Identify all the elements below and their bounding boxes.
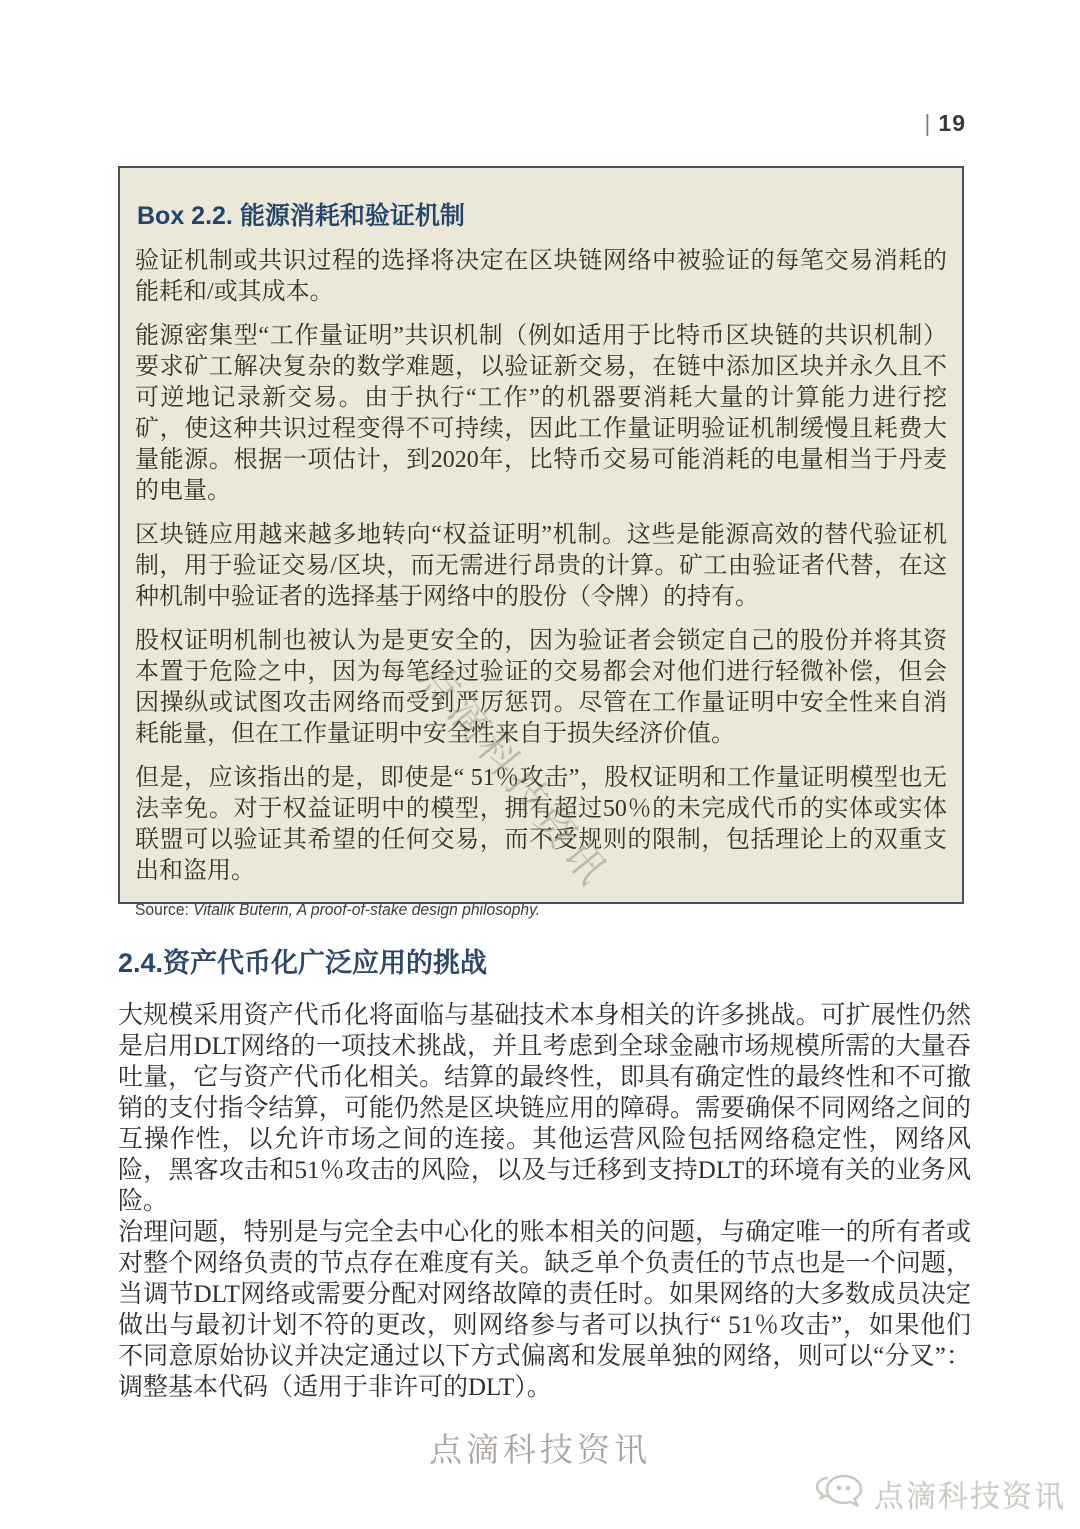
section-heading: 2.4.资产代币化广泛应用的挑战 bbox=[118, 941, 487, 980]
source-label: Source: bbox=[135, 900, 193, 919]
document-page: |19 Box 2.2. 能源消耗和验证机制 验证机制或共识过程的选择将决定在区… bbox=[0, 0, 1080, 1529]
section-paragraph: 治理问题，特别是与完全去中心化的账本相关的问题，与确定唯一的所有者或对整个网络负… bbox=[118, 1217, 971, 1403]
box-paragraph: 验证机制或共识过程的选择将决定在区块链网络中被验证的每笔交易消耗的能耗和/或其成… bbox=[135, 246, 947, 308]
box-paragraph: 股权证明机制也被认为是更安全的，因为验证者会锁定自己的股份并将其资本置于危险之中… bbox=[135, 626, 947, 750]
box-2-2: Box 2.2. 能源消耗和验证机制 验证机制或共识过程的选择将决定在区块链网络… bbox=[118, 166, 964, 904]
source-citation: Vitalik Buterin, A proof-of-stake design… bbox=[193, 900, 540, 919]
section-paragraph: 大规模采用资产代币化将面临与基础技术本身相关的许多挑战。可扩展性仍然是启用DLT… bbox=[118, 1000, 971, 1217]
footer-center-watermark: 点滴科技资讯 bbox=[0, 1424, 1080, 1471]
page-number-divider: | bbox=[924, 110, 931, 136]
footer-brand-watermark: 点滴科技资讯 bbox=[814, 1472, 1066, 1516]
box-title: Box 2.2. 能源消耗和验证机制 bbox=[137, 196, 947, 232]
box-paragraph: 区块链应用越来越多地转向“权益证明”机制。这些是能源高效的替代验证机制，用于验证… bbox=[135, 520, 947, 613]
footer-brand-text: 点滴科技资讯 bbox=[874, 1472, 1066, 1516]
page-number-value: 19 bbox=[938, 110, 966, 136]
box-paragraph: 能源密集型“工作量证明”共识机制（例如适用于比特币区块链的共识机制）要求矿工解决… bbox=[135, 321, 947, 507]
speech-bubble-logo-icon bbox=[814, 1472, 866, 1516]
source-line: Source: Vitalik Buterin, A proof-of-stak… bbox=[135, 900, 882, 920]
section-body: 大规模采用资产代币化将面临与基础技术本身相关的许多挑战。可扩展性仍然是启用DLT… bbox=[118, 1000, 971, 1403]
page-number: |19 bbox=[924, 110, 966, 137]
box-paragraph: 但是，应该指出的是，即使是“ 51％攻击”，股权证明和工作量证明模型也无法幸免。… bbox=[135, 763, 947, 887]
